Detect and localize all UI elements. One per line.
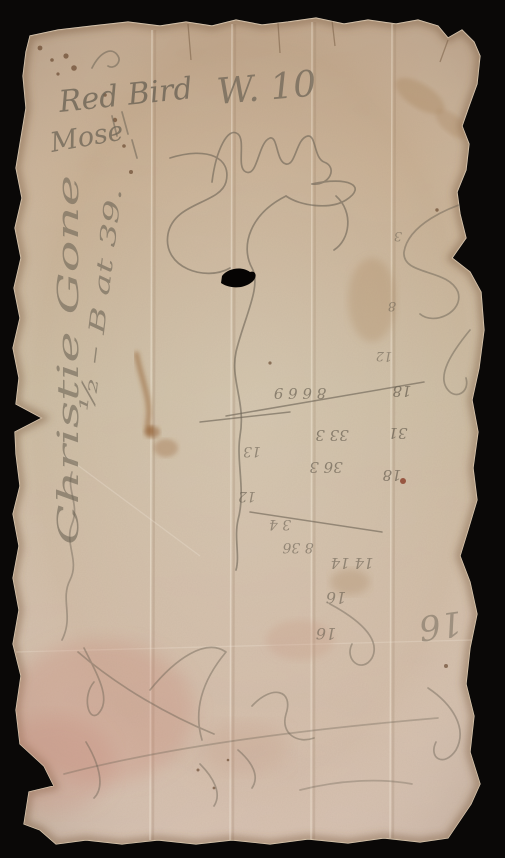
figure: 16	[326, 588, 346, 607]
figure: 8 36	[282, 539, 313, 555]
figure: 8 6 6 9	[273, 384, 326, 402]
figure: 31	[388, 424, 407, 442]
figure: 13	[243, 443, 261, 459]
figure: 18	[382, 466, 401, 484]
manuscript-scan: Red Bird Mose W. 10 Christie Gone ½ – B …	[0, 0, 505, 858]
photo-frame: Red Bird Mose W. 10 Christie Gone ½ – B …	[0, 0, 505, 858]
figure: 12	[376, 348, 393, 363]
figure: 3	[394, 228, 402, 243]
figure: 8	[388, 298, 396, 313]
figure: 12	[238, 488, 256, 504]
figure: 3 4	[269, 516, 291, 532]
figure: 33 3	[315, 426, 348, 444]
inscription-big-number: 16	[416, 602, 464, 648]
figure: 14 14	[331, 554, 374, 572]
figure: 18	[392, 382, 411, 400]
figure: 16	[316, 624, 336, 643]
figure: 36 3	[309, 458, 342, 476]
inscription-vertical-name: Christie Gone	[51, 175, 85, 545]
inscription-w-mark: W. 10	[215, 63, 318, 113]
